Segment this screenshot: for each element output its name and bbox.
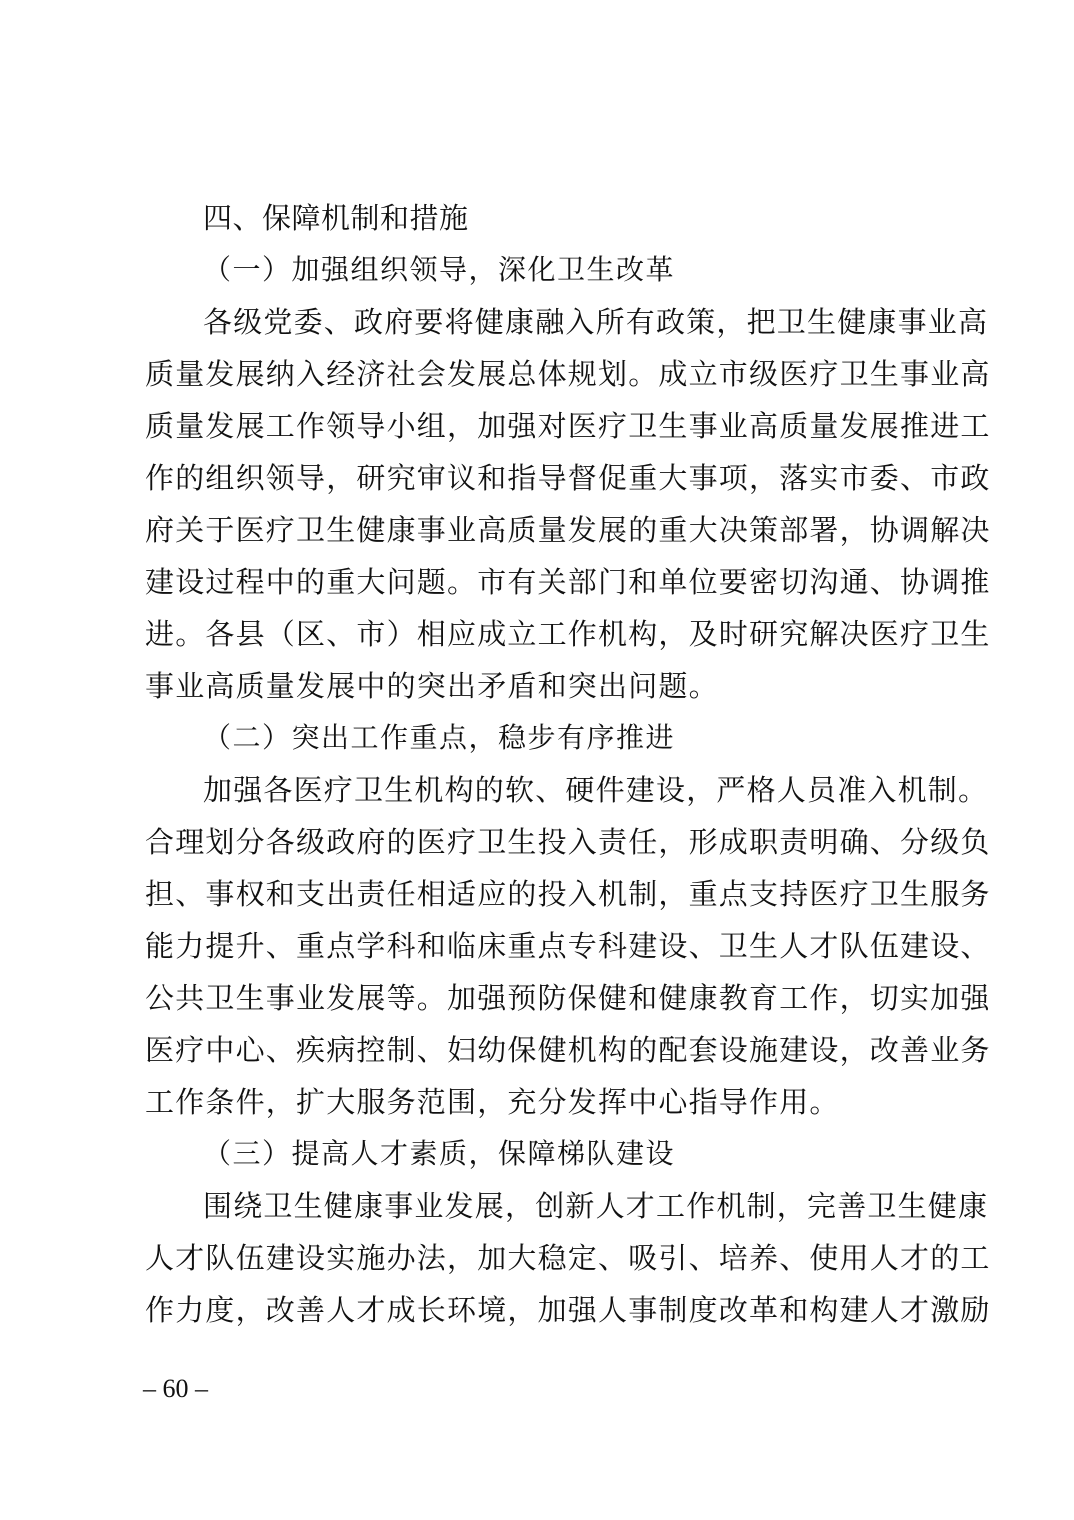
paragraph-line: 工作条件，扩大服务范围，充分发挥中心指导作用。 xyxy=(145,1076,945,1128)
paragraph-line: 质量发展纳入经济社会发展总体规划。成立市级医疗卫生事业高 xyxy=(145,348,945,400)
paragraph-line: 府关于医疗卫生健康事业高质量发展的重大决策部署，协调解决 xyxy=(145,504,945,556)
subsection-heading-2: （二）突出工作重点，稳步有序推进 xyxy=(203,712,1003,764)
paragraph-line: 公共卫生事业发展等。加强预防保健和健康教育工作，切实加强 xyxy=(145,972,945,1024)
paragraph-line: 事业高质量发展中的突出矛盾和突出问题。 xyxy=(145,660,945,712)
document-page: 四、保障机制和措施 （一）加强组织领导，深化卫生改革 各级党委、政府要将健康融入… xyxy=(0,0,1074,1520)
paragraph-line: 围绕卫生健康事业发展，创新人才工作机制，完善卫生健康 xyxy=(203,1180,943,1232)
paragraph-line: 加强各医疗卫生机构的软、硬件建设，严格人员准入机制。 xyxy=(203,764,943,816)
paragraph-line: 各级党委、政府要将健康融入所有政策，把卫生健康事业高 xyxy=(203,296,943,348)
paragraph-line: 合理划分各级政府的医疗卫生投入责任，形成职责明确、分级负 xyxy=(145,816,945,868)
paragraph-line: 医疗中心、疾病控制、妇幼保健机构的配套设施建设，改善业务 xyxy=(145,1024,945,1076)
paragraph-line: 作的组织领导，研究审议和指导督促重大事项，落实市委、市政 xyxy=(145,452,945,504)
paragraph-line: 质量发展工作领导小组，加强对医疗卫生事业高质量发展推进工 xyxy=(145,400,945,452)
page-number: – 60 – xyxy=(143,1371,208,1407)
section-title: 四、保障机制和措施 xyxy=(203,192,1003,244)
paragraph-line: 担、事权和支出责任相适应的投入机制，重点支持医疗卫生服务 xyxy=(145,868,945,920)
subsection-heading-1: （一）加强组织领导，深化卫生改革 xyxy=(203,244,1003,296)
paragraph-line: 建设过程中的重大问题。市有关部门和单位要密切沟通、协调推 xyxy=(145,556,945,608)
paragraph-line: 人才队伍建设实施办法，加大稳定、吸引、培养、使用人才的工 xyxy=(145,1232,945,1284)
paragraph-line: 进。各县（区、市）相应成立工作机构，及时研究解决医疗卫生 xyxy=(145,608,945,660)
paragraph-line: 作力度，改善人才成长环境，加强人事制度改革和构建人才激励 xyxy=(145,1284,945,1336)
subsection-heading-3: （三）提高人才素质，保障梯队建设 xyxy=(203,1128,1003,1180)
paragraph-line: 能力提升、重点学科和临床重点专科建设、卫生人才队伍建设、 xyxy=(145,920,945,972)
